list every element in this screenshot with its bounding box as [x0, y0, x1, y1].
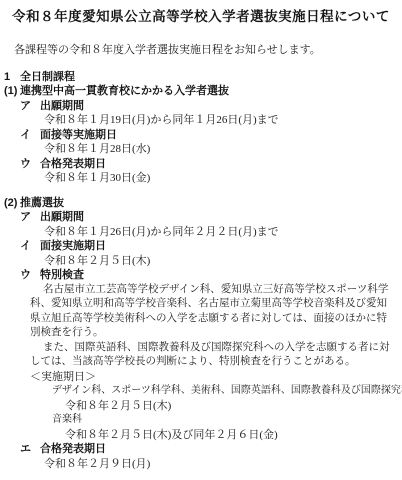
item-2b-heading: イ面接実施期日: [4, 239, 398, 254]
item-1b-heading: イ面接等実施期日: [4, 128, 398, 143]
special-exam-paragraph-1: 名古屋市立工芸高等学校デザイン科、愛知県立三好高等学校スポーツ科学科、愛知県立明…: [30, 283, 394, 341]
subsection-1-number: (1): [4, 84, 20, 99]
item-2c-kana: ウ: [20, 268, 40, 283]
schedule-1-departments: デザイン科、スポーツ科学科、美術科、国際英語科、国際教養科及び国際探究科: [4, 384, 398, 399]
item-2d-date: 令和８年２月９日(月): [4, 457, 398, 472]
item-1a-kana: ア: [20, 99, 40, 114]
item-1c-heading: ウ合格発表期日: [4, 157, 398, 172]
section-1-heading: 1全日制課程: [4, 70, 398, 85]
item-2a-date: 令和８年１月26日(月)から同年２月２日(月)まで: [4, 225, 398, 240]
item-2a-heading: ア出願期間: [4, 210, 398, 225]
item-2d-kana: エ: [20, 442, 40, 457]
item-1b-kana: イ: [20, 128, 40, 143]
item-1b-label: 面接等実施期日: [40, 129, 117, 141]
item-1a-heading: ア出願期間: [4, 99, 398, 114]
intro-text: 各課程等の令和８年度入学者選抜実施日程をお知らせします。: [14, 43, 398, 58]
item-2d-heading: エ合格発表期日: [4, 442, 398, 457]
section-1-label: 全日制課程: [20, 71, 75, 83]
subsection-2-heading: (2)推薦選抜: [4, 196, 398, 211]
subsection-2-label: 推薦選抜: [20, 197, 64, 209]
item-2b-label: 面接実施期日: [40, 240, 106, 252]
subsection-1-heading: (1)連携型中高一貫教育校にかかる入学者選抜: [4, 84, 398, 99]
item-2a-label: 出願期間: [40, 211, 84, 223]
item-1c-date: 令和８年１月30日(金): [4, 171, 398, 186]
page-title: 令和８年度愛知県公立高等学校入学者選抜実施日程について: [4, 8, 398, 26]
item-1c-label: 合格発表期日: [40, 158, 106, 170]
item-2b-kana: イ: [20, 239, 40, 254]
special-exam-paragraph-2: また、国際英語科、国際教養科及び国際探究科への入学を志願する者に対しては、当該高…: [30, 341, 394, 370]
item-2b-date: 令和８年２月５日(木): [4, 254, 398, 269]
subsection-2-number: (2): [4, 196, 20, 211]
document-page: 令和８年度愛知県公立高等学校入学者選抜実施日程について 各課程等の令和８年度入学…: [0, 0, 402, 480]
item-1a-date: 令和８年１月19日(月)から同年１月26日(月)まで: [4, 113, 398, 128]
item-2c-label: 特別検査: [40, 269, 84, 281]
item-1a-label: 出願期間: [40, 100, 84, 112]
item-1c-kana: ウ: [20, 157, 40, 172]
schedule-heading: ＜実施期日＞: [4, 370, 398, 385]
section-1-number: 1: [4, 70, 20, 85]
item-2c-heading: ウ特別検査: [4, 268, 398, 283]
subsection-1-label: 連携型中高一貫教育校にかかる入学者選抜: [20, 85, 229, 97]
schedule-2-date: 令和８年２月５日(木)及び同年２月６日(金): [4, 428, 398, 443]
item-2a-kana: ア: [20, 210, 40, 225]
item-2d-label: 合格発表期日: [40, 443, 106, 455]
schedule-1-date: 令和８年２月５日(木): [4, 399, 398, 414]
schedule-2-departments: 音楽科: [4, 413, 398, 428]
item-1b-date: 令和８年１月28日(水): [4, 142, 398, 157]
